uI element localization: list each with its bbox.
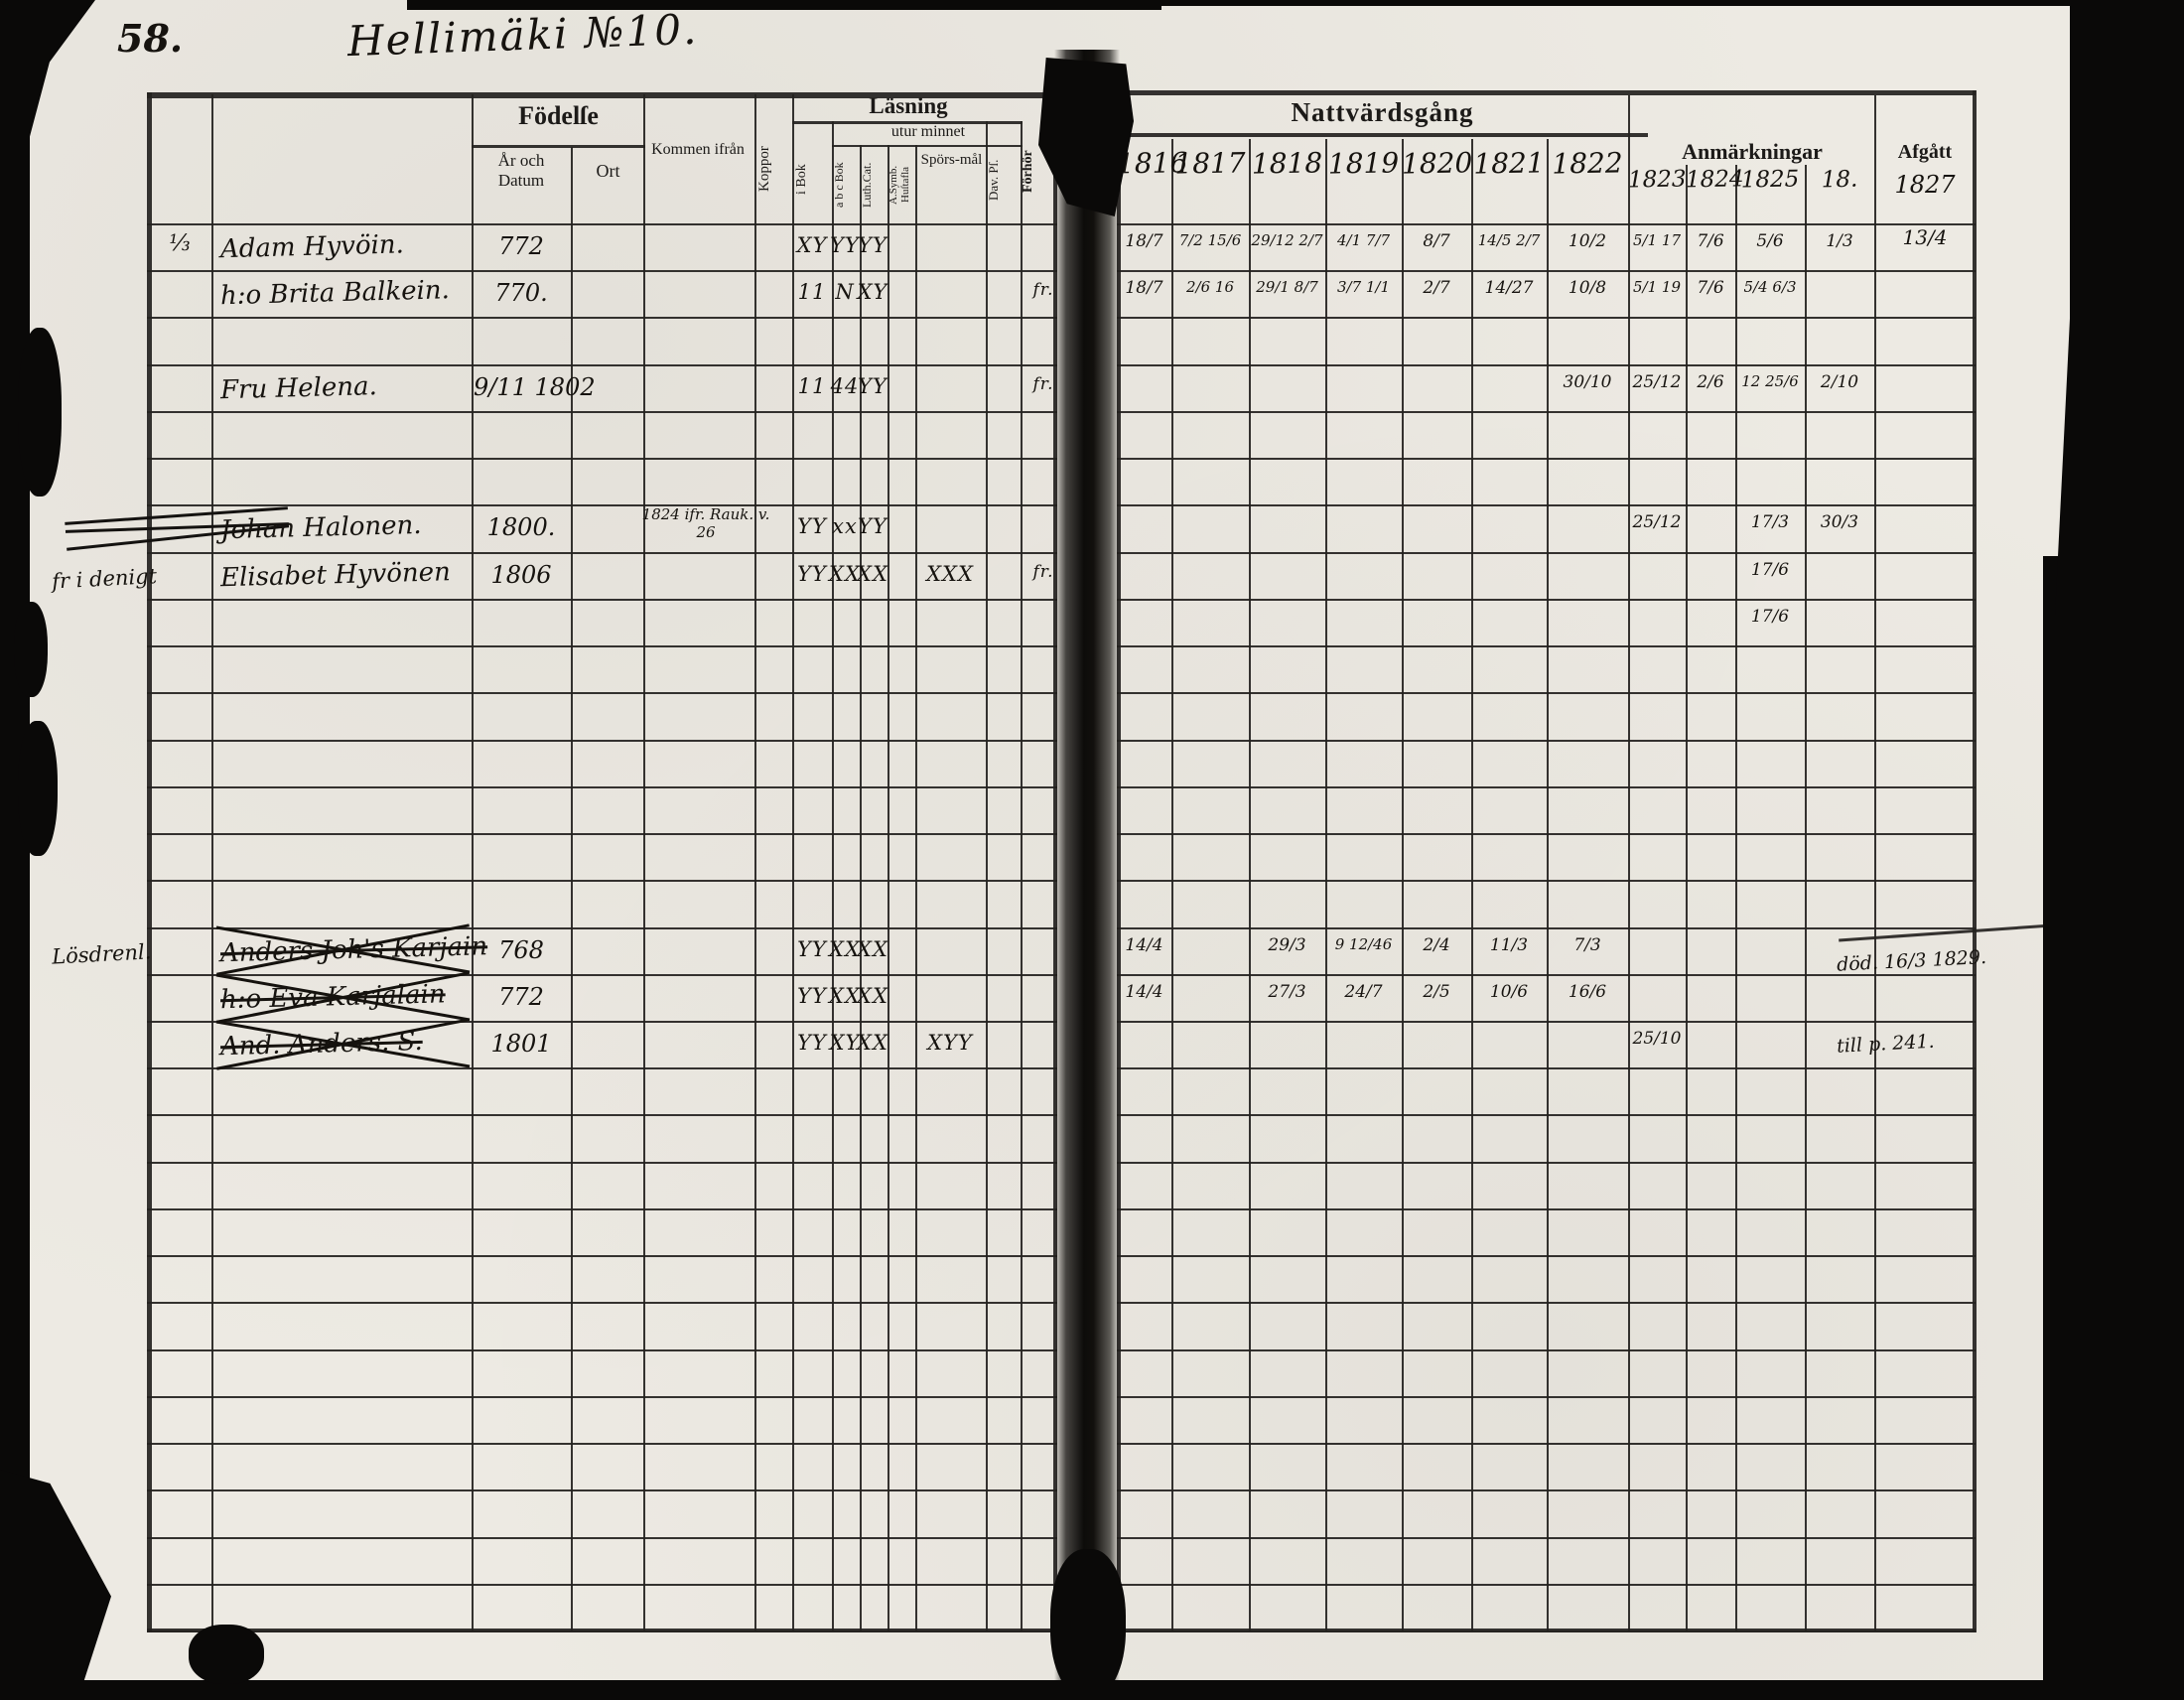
birth-date: 772	[474, 232, 569, 260]
communion-mark: 1/3	[1801, 231, 1878, 251]
year-header: 1824	[1686, 167, 1735, 194]
reading-mark-luth: XX	[856, 937, 889, 961]
reading-mark-sporsmal: XXX	[913, 562, 987, 586]
communion-mark: 29/3	[1245, 935, 1329, 955]
grid-hline	[147, 458, 1057, 460]
grid-hline	[1117, 1396, 1976, 1398]
name-cross-out	[224, 977, 463, 1016]
reading-mark-luth: XY	[856, 280, 889, 304]
birth-date: 9/11 1802	[474, 373, 569, 401]
communion-mark: 14/27	[1467, 278, 1551, 298]
reading-mark-ibok: YY	[792, 937, 832, 961]
grid-vline	[1402, 139, 1404, 1630]
grid-hline	[1117, 1162, 1976, 1164]
grid-vline	[643, 94, 645, 1630]
grid-hline	[147, 1162, 1057, 1164]
reading-mark-luth: YY	[856, 374, 889, 398]
grid-hline	[1117, 552, 1976, 554]
communion-mark: 29/12 2/7	[1245, 231, 1329, 249]
year-header: 1818	[1249, 146, 1326, 180]
grid-vline	[832, 121, 834, 1630]
grid-hline	[147, 740, 1057, 742]
grid-vline	[1171, 139, 1173, 1630]
name-entry: Adam Hyvöin.	[220, 228, 468, 264]
grid-vline	[1471, 139, 1473, 1630]
communion-mark: 29/1 8/7	[1245, 278, 1329, 296]
grid-hline	[147, 317, 1057, 319]
communion-mark: 9 12/46	[1321, 935, 1406, 953]
grid-vline	[860, 145, 862, 1630]
grid-hline	[147, 1443, 1057, 1445]
communion-mark: 4/1 7/7	[1321, 231, 1406, 249]
spine-bottom-ink-blot	[1050, 1549, 1126, 1698]
grid-hline	[1117, 1255, 1976, 1257]
name-entry: Fru Helena.	[220, 368, 468, 404]
reading-mark-ibok: YY	[792, 1031, 832, 1055]
reading-mark-ibok: YY	[792, 514, 832, 538]
reading-mark-luth: XX	[856, 984, 889, 1008]
grid-hline	[147, 692, 1057, 694]
grid-hline	[1117, 504, 1976, 506]
grid-vline	[1547, 139, 1549, 1630]
top-edge-band-left	[407, 0, 1161, 10]
communion-mark: 14/5 2/7	[1467, 231, 1551, 249]
grid-hline	[147, 927, 1057, 929]
communion-mark: 2/10	[1801, 372, 1878, 392]
communion-mark: 14/4	[1113, 982, 1175, 1002]
grid-hline	[1117, 1443, 1976, 1445]
communion-mark: 17/3	[1731, 512, 1809, 532]
reading-mark-luth: YY	[856, 233, 889, 257]
grid-hline	[1117, 1489, 1976, 1491]
grid-vline	[1874, 95, 1876, 1630]
grid-vline	[1021, 121, 1023, 1630]
right-edge-band-lower	[2043, 556, 2184, 1700]
grid-hline	[1117, 1630, 1976, 1632]
left-edge-band	[0, 0, 30, 1700]
communion-mark: 5/1 17	[1624, 231, 1690, 249]
grid-hline	[1117, 1114, 1976, 1116]
grid-hline	[147, 1114, 1057, 1116]
birth-date: 1806	[474, 561, 569, 589]
grid-hline	[1117, 1067, 1976, 1069]
grid-hline	[1117, 880, 1976, 882]
top-edge-band-right	[1152, 0, 2184, 6]
grid-hline	[147, 1396, 1057, 1398]
bottom-ink-blot	[189, 1625, 264, 1684]
grid-hline	[147, 552, 1057, 554]
year-header: 1820	[1402, 146, 1472, 180]
communion-mark: 30/3	[1801, 512, 1878, 532]
reading-mark-luth: XX	[856, 562, 889, 586]
year-header: 1821	[1471, 146, 1548, 180]
year-header: 1817	[1171, 146, 1250, 180]
year-header: 1825	[1735, 166, 1805, 193]
reading-mark-sporsmal: XYY	[913, 1031, 987, 1055]
grid-hline	[147, 1067, 1057, 1069]
row-marker: ⅓	[149, 231, 210, 256]
reading-mark-luth: YY	[856, 514, 889, 538]
year-header: 1819	[1325, 146, 1403, 180]
birth-date: 772	[474, 983, 569, 1011]
grid-hline	[147, 364, 1057, 366]
grid-vline	[1325, 139, 1327, 1630]
afgatt-entry: 13/4	[1876, 225, 1974, 249]
communion-mark: 7/2 15/6	[1167, 231, 1253, 249]
birth-date: 768	[474, 936, 569, 964]
year-header: 1823	[1628, 166, 1686, 193]
grid-vline	[147, 92, 152, 1632]
grid-hline	[1117, 1584, 1976, 1586]
grid-hline	[1117, 599, 1976, 601]
grid-vline	[1628, 95, 1630, 1630]
grid-hline	[147, 1255, 1057, 1257]
right-edge-band-top	[2093, 0, 2184, 209]
grid-hline	[1117, 270, 1976, 272]
grid-hline	[1117, 1021, 1976, 1023]
grid-hline	[147, 645, 1057, 647]
grid-hline	[147, 92, 1057, 98]
grid-hline	[1117, 645, 1976, 647]
communion-mark: 18/7	[1113, 231, 1175, 251]
grid-vline	[887, 145, 889, 1630]
communion-mark: 2/4	[1398, 935, 1475, 955]
grid-hline	[147, 411, 1057, 413]
grid-hline	[147, 833, 1057, 835]
communion-mark: 10/8	[1543, 278, 1632, 298]
grid-hline	[1117, 740, 1976, 742]
year-header: 1822	[1547, 146, 1629, 180]
reading-mark-ibok: XY	[792, 233, 832, 257]
communion-mark: 16/6	[1543, 982, 1632, 1002]
communion-mark: 18/7	[1113, 278, 1175, 298]
grid-vline	[472, 94, 474, 1630]
grid-hline	[1117, 317, 1976, 319]
left-edge-blot-2	[14, 602, 48, 697]
grid-hline	[147, 974, 1057, 976]
communion-mark: 3/7 1/1	[1321, 278, 1406, 296]
grid-hline	[147, 1489, 1057, 1491]
grid-hline	[1117, 458, 1976, 460]
communion-mark: 2/7	[1398, 278, 1475, 298]
grid-hline	[1117, 411, 1976, 413]
grid-vline	[915, 145, 917, 1630]
reading-mark-ibok: YY	[792, 562, 832, 586]
communion-mark: 12 25/6	[1731, 372, 1809, 390]
communion-mark: 24/7	[1321, 982, 1406, 1002]
grid-hline	[1117, 833, 1976, 835]
kommen-ifran-entry: 1824 ifr. Rauk. v. 26	[635, 506, 776, 541]
grid-hline	[147, 1630, 1057, 1632]
communion-mark: 30/10	[1543, 372, 1632, 392]
grid-hline	[147, 1584, 1057, 1586]
grid-vline	[211, 94, 213, 1630]
grid-hline	[1117, 927, 1976, 929]
grid-hline	[1117, 692, 1976, 694]
grid-hline	[1117, 1537, 1976, 1539]
grid-vline	[986, 121, 988, 1630]
reading-mark-luth: XX	[856, 1031, 889, 1055]
communion-mark: 5/4 6/3	[1731, 278, 1809, 296]
grid-hline	[1117, 1208, 1976, 1210]
grid-hline	[1117, 223, 1976, 225]
communion-mark: 10/2	[1543, 231, 1632, 251]
left-edge-blot-3	[18, 721, 58, 856]
name-cross-out	[224, 1024, 463, 1062]
book-spine-shadow	[1054, 50, 1120, 1700]
grid-hline	[147, 599, 1057, 601]
name-cross-out	[224, 930, 463, 969]
birth-date: 1800.	[474, 513, 569, 541]
grid-vline	[792, 94, 794, 1630]
grid-hline	[147, 223, 1057, 225]
communion-mark: 25/12	[1624, 512, 1690, 532]
grid-hline	[1117, 90, 1976, 95]
grid-hline	[147, 1537, 1057, 1539]
grid-hline	[147, 1208, 1057, 1210]
name-entry: h:o Brita Balkein.	[220, 275, 468, 311]
communion-mark: 17/6	[1731, 607, 1809, 627]
name-entry: Elisabet Hyvönen	[220, 556, 468, 592]
reading-mark-ibok: 11	[792, 280, 832, 304]
grid-hline	[1117, 1302, 1976, 1304]
grid-hline	[147, 1021, 1057, 1023]
communion-mark: 14/4	[1113, 935, 1175, 955]
year-header: 18.	[1805, 166, 1874, 193]
bottom-edge-band	[0, 1680, 2184, 1700]
reading-mark-ibok: YY	[792, 984, 832, 1008]
communion-mark: 25/10	[1624, 1029, 1690, 1049]
communion-mark: 5/1 19	[1624, 278, 1690, 296]
communion-mark: 17/6	[1731, 560, 1809, 580]
communion-mark: 27/3	[1245, 982, 1329, 1002]
grid-vline	[1973, 90, 1977, 1632]
left-edge-blot-1	[18, 328, 62, 496]
communion-mark: 7/3	[1543, 935, 1632, 955]
communion-mark: 2/6 16	[1167, 278, 1253, 296]
grid-hline	[147, 270, 1057, 272]
name-entry: Johan Halonen.	[220, 509, 468, 545]
grid-vline	[754, 94, 756, 1630]
grid-hline	[147, 880, 1057, 882]
scanned-church-record: 58. Hellimäki №10. Födelſe År och Datum …	[0, 0, 2184, 1700]
communion-mark: 2/5	[1398, 982, 1475, 1002]
birth-date: 1801	[474, 1030, 569, 1058]
grid-hline	[1117, 364, 1976, 366]
reading-mark-ibok: 11	[792, 374, 832, 398]
communion-mark: 11/3	[1467, 935, 1551, 955]
grid-hline	[147, 786, 1057, 788]
grid-vline	[571, 147, 573, 1630]
birth-date: 770.	[474, 279, 569, 307]
grid-hline	[1117, 786, 1976, 788]
communion-mark: 10/6	[1467, 982, 1551, 1002]
communion-mark: 8/7	[1398, 231, 1475, 251]
communion-mark: 5/6	[1731, 231, 1809, 251]
grid-vline	[1249, 139, 1251, 1630]
communion-mark: 25/12	[1624, 372, 1690, 392]
grid-hline	[147, 1302, 1057, 1304]
grid-hline	[1117, 1349, 1976, 1351]
grid-hline	[147, 1349, 1057, 1351]
